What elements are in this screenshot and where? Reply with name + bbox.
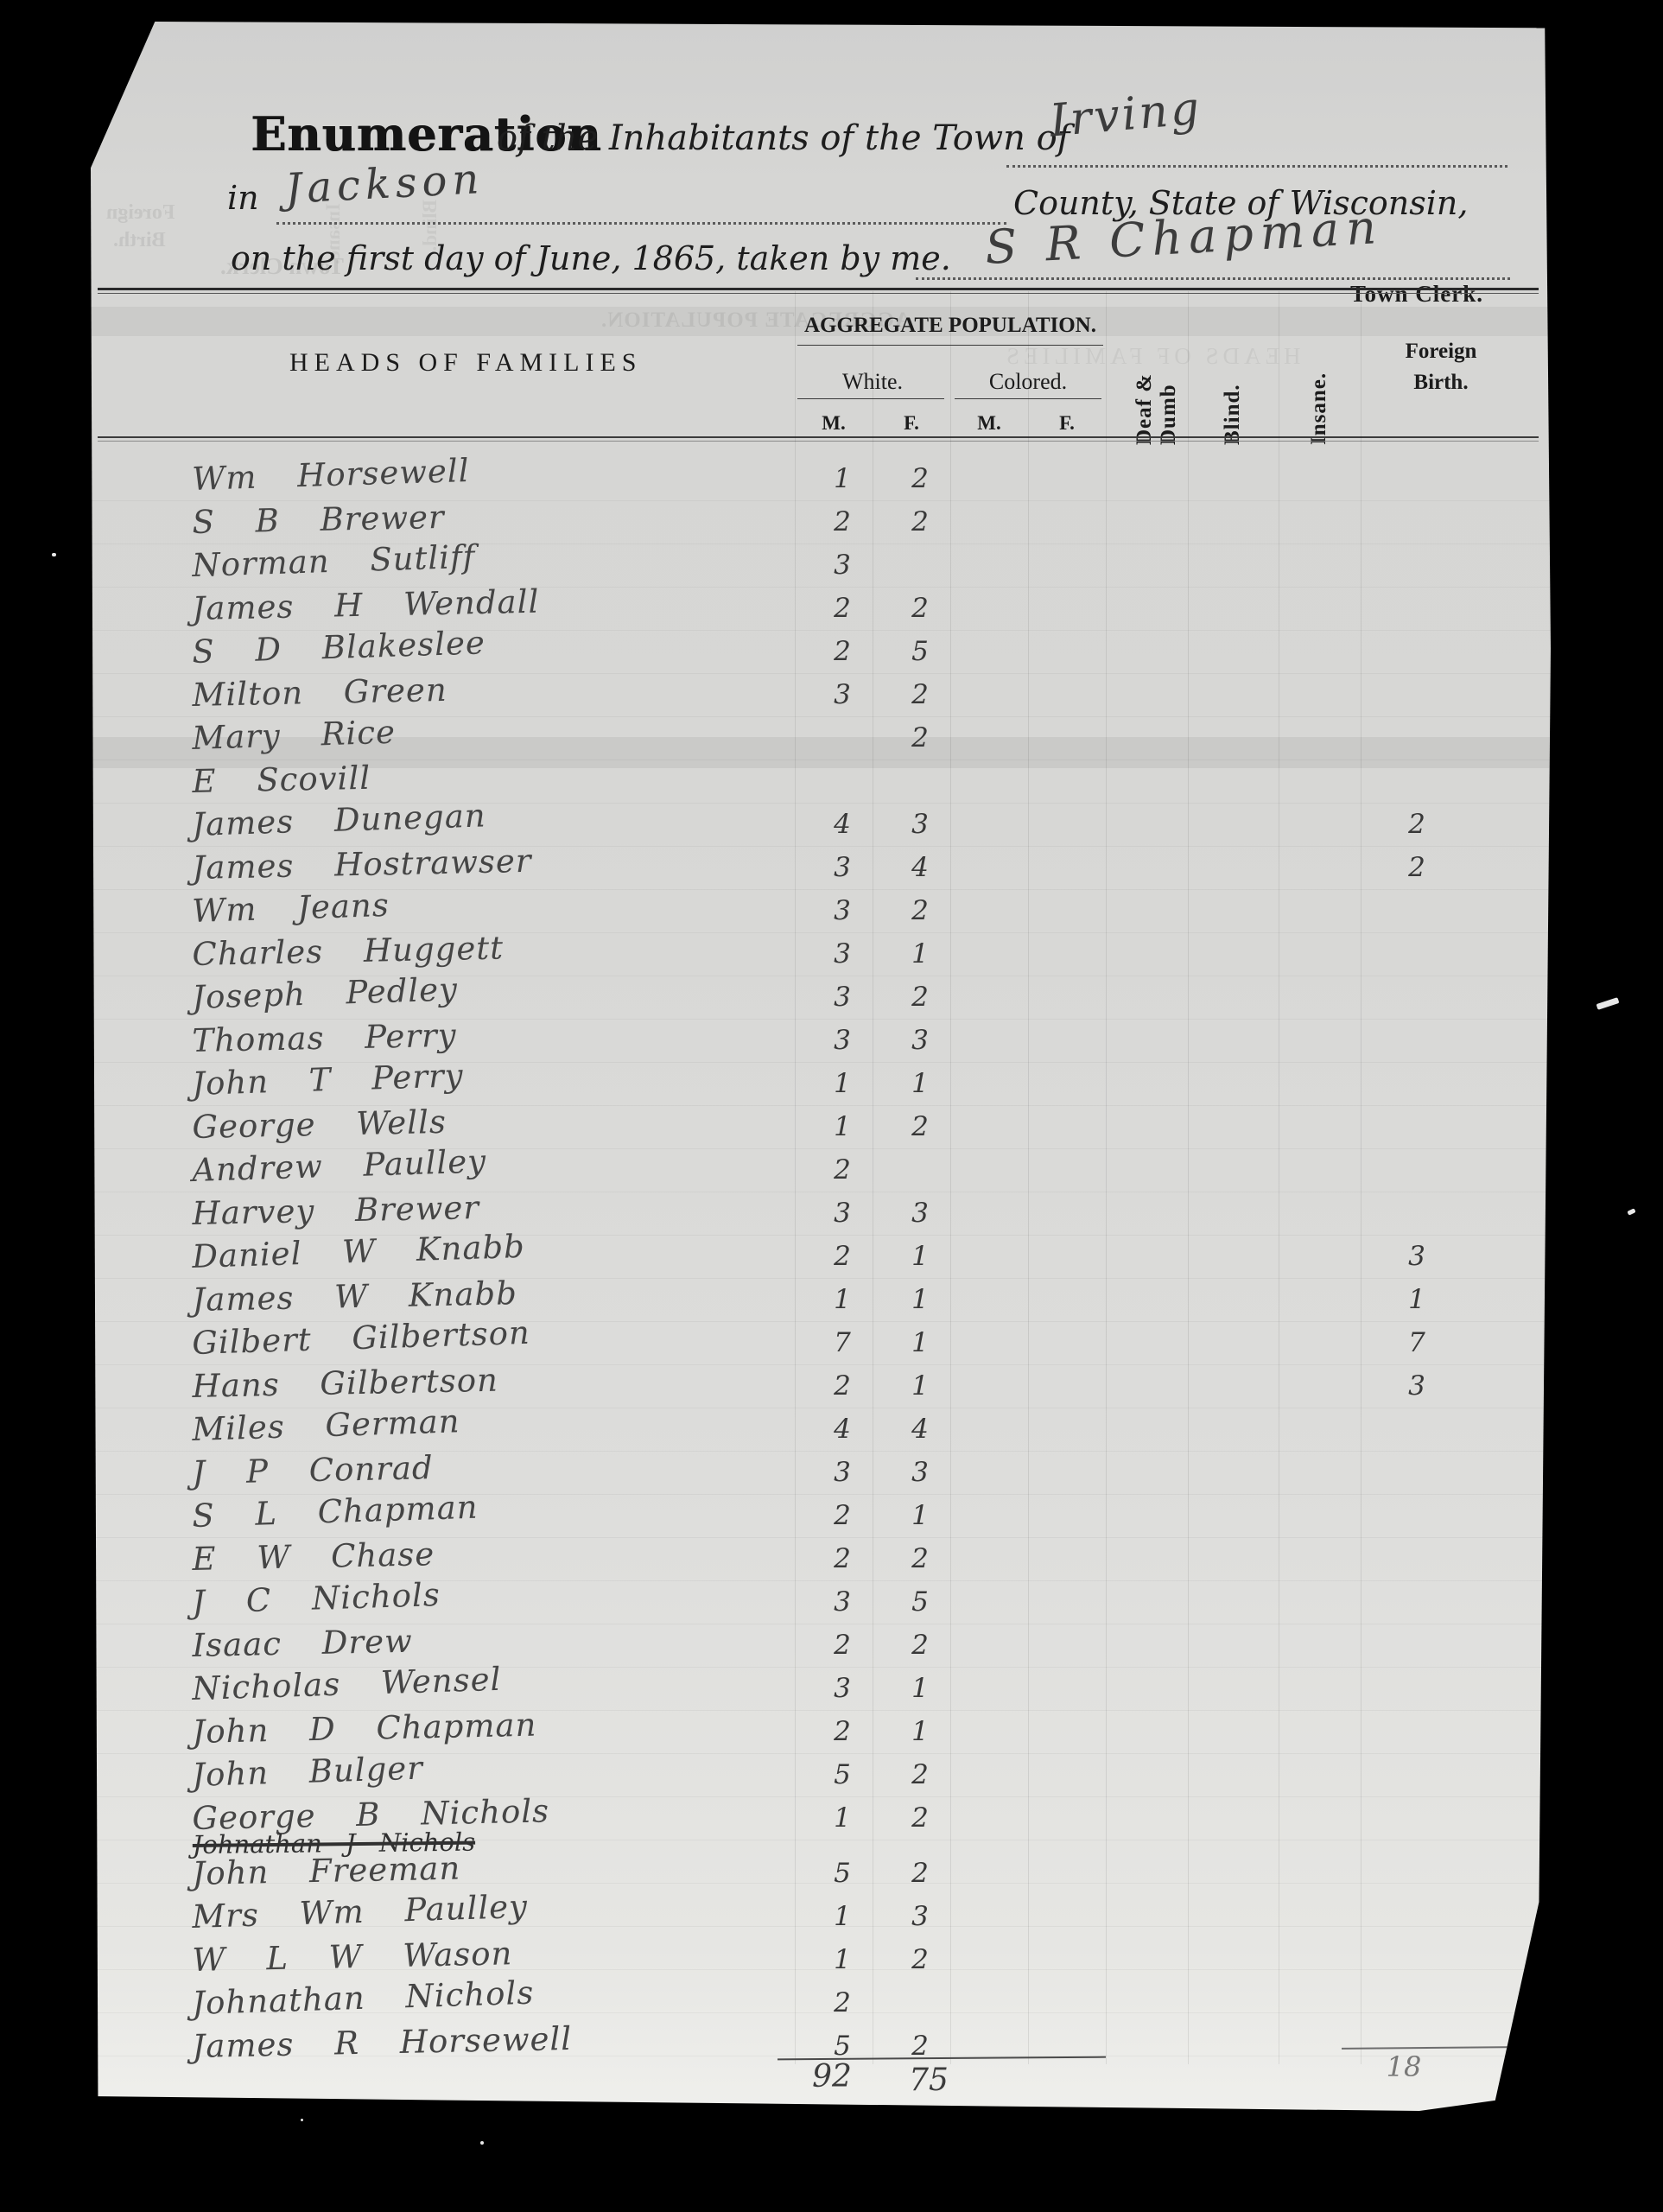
white-female-count: 2 [884,1543,956,1574]
white-male-count: 7 [806,1327,879,1358]
white-female-count: 1 [884,1068,956,1099]
table-row: Nicholas Wensel 3 1 [91,1668,1551,1711]
white-female-count: 1 [884,1673,956,1704]
white-female-count: 2 [884,895,956,926]
foreign-birth-count: 3 [1381,1241,1453,1272]
colored-female-header: F. [1031,412,1103,435]
white-female-count: 5 [884,636,956,667]
head-of-family-name: George Wells [192,1103,447,1146]
white-female-count: 1 [884,1370,956,1402]
colored-male-header: M. [953,412,1025,435]
white-female-header: F. [875,412,948,435]
white-female-count: 5 [884,1586,956,1618]
head-of-family-name: Daniel W Knabb [192,1228,526,1275]
white-male-count: 2 [806,1500,879,1531]
total-white-female: 75 [885,2063,972,2098]
head-of-family-name: John T Perry [192,1057,465,1103]
table-row: E Scovill [91,760,1551,804]
foreign-birth-count: 7 [1381,1327,1453,1358]
head-of-family-name: James Dunegan [192,797,487,843]
head-of-family-name: James H Wendall [192,583,540,627]
table-row: Charles Huggett 3 1 [91,933,1551,976]
table-row: Wm Jeans 3 2 [91,890,1551,933]
table-row: John T Perry 1 1 [91,1063,1551,1106]
table-row: S D Blakeslee 2 5 [91,631,1551,674]
white-female-count: 1 [884,1500,956,1531]
white-female-count: 2 [884,593,956,624]
head-of-family-name: E W Chase [192,1535,435,1578]
white-male-count: 3 [806,1025,879,1056]
white-female-count: 2 [884,1111,956,1142]
white-male-count: 2 [806,506,879,537]
white-male-count: 1 [806,1944,879,1975]
white-male-count: 3 [806,1586,879,1618]
head-of-family-name: Nicholas Wensel [192,1661,502,1707]
table-row: Mary Rice 2 [91,717,1551,760]
head-of-family-name: J P Conrad [192,1449,434,1491]
table-row: J P Conrad 3 3 [91,1452,1551,1495]
head-of-family-name: Hans Gilbertson [192,1362,498,1405]
head-of-family-name: Mrs Wm Paulley [192,1888,529,1935]
head-of-family-name: Wm Horsewell [192,452,470,498]
white-male-count: 3 [806,982,879,1013]
in-label: in [227,179,259,217]
bleedthrough-foreign-1: Foreign [106,201,175,225]
white-male-count: 3 [806,1457,879,1488]
white-male-count: 1 [806,1111,879,1142]
white-male-count: 3 [806,550,879,581]
table-row: Mrs Wm Paulley 1 3 [91,1896,1551,1939]
white-female-count: 3 [884,1901,956,1932]
scan-artifact [1596,997,1620,1010]
table-row: James W Knabb 1 1 1 [91,1279,1551,1322]
head-of-family-name: W L W Wason [192,1935,513,1979]
foreign-birth-count: 2 [1381,809,1453,840]
head-of-family-name: Mary Rice [192,714,397,757]
white-male-count: 2 [806,1543,879,1574]
white-male-count: 4 [806,809,879,840]
scan-artifact [480,2141,484,2145]
foreign-birth-count: 2 [1381,852,1453,883]
rows: Wm Horsewell 1 2 S B Brewer 2 2 Norman S… [91,458,1551,2069]
table-row: Johnathan Nichols 2 [91,1982,1551,2025]
head-of-family-name: Isaac Drew [192,1623,413,1664]
white-male-count: 2 [806,593,879,624]
white-male-count: 1 [806,1901,879,1932]
head-of-family-name: E Scovill [192,760,371,800]
table-row: Thomas Perry 3 3 [91,1020,1551,1063]
table-row: Daniel W Knabb 2 1 3 [91,1236,1551,1279]
white-male-count: 2 [806,1154,879,1185]
foreign-birth-count: 3 [1381,1370,1453,1402]
town-clerk-label: Town Clerk. [1350,281,1483,308]
heads-of-families-header: HEADS OF FAMILIES [289,348,642,378]
white-female-count: 1 [884,938,956,969]
table-row: Harvey Brewer 3 3 [91,1192,1551,1236]
deaf-and-dumb-header: Deaf & Dumb [1133,307,1181,445]
table-row: James H Wendall 2 2 [91,588,1551,631]
head-of-family-name: Thomas Perry [192,1017,457,1059]
white-female-count: 2 [884,1858,956,1889]
white-female-count: 3 [884,1457,956,1488]
white-male-count: 1 [806,1802,879,1834]
table-row: John Freeman 5 2 [91,1853,1551,1896]
white-male-count: 2 [806,1987,879,2018]
scan-artifact [1627,1208,1635,1215]
white-female-count: 2 [884,679,956,710]
white-female-count: 2 [884,1802,956,1834]
table-row: Johnathan J Nichols [91,1830,1551,1853]
foreign-birth-header-line2: Birth. [1361,371,1521,395]
table-row: Miles German 4 4 [91,1408,1551,1452]
table-row: Joseph Pedley 3 2 [91,976,1551,1020]
white-male-count: 1 [806,463,879,494]
head-of-family-name: Johnathan J Nichols [193,1827,476,1859]
form-title-rest: of the Inhabitants of the Town of [497,118,1070,158]
bleedthrough-foreign-2: Birth. [113,229,166,252]
white-male-count: 3 [806,1198,879,1229]
table-row: Hans Gilbertson 2 1 3 [91,1365,1551,1408]
white-male-count: 1 [806,1068,879,1099]
white-male-count: 3 [806,679,879,710]
white-male-count: 2 [806,1716,879,1747]
white-female-count: 2 [884,1630,956,1661]
white-male-header: M. [797,412,870,435]
table-row: Wm Horsewell 1 2 [91,458,1551,501]
white-female-count: 4 [884,1414,956,1445]
white-male-count: 2 [806,1630,879,1661]
head-of-family-name: Harvey Brewer [192,1189,479,1232]
white-female-count: 2 [884,722,956,753]
table-row: Isaac Drew 2 2 [91,1624,1551,1668]
date-line: on the first day of June, 1865, taken by… [231,239,951,277]
county-name-handwritten: Jackson [284,155,486,213]
white-male-count: 1 [806,1284,879,1315]
white-male-count: 3 [806,895,879,926]
white-female-count: 3 [884,1198,956,1229]
table-row: S B Brewer 2 2 [91,501,1551,544]
foreign-birth-header-line1: Foreign [1361,340,1521,364]
table-row: Andrew Paulley 2 [91,1149,1551,1192]
white-female-count: 3 [884,1025,956,1056]
head-of-family-name: J C Nichols [192,1576,441,1621]
head-of-family-name: Milton Green [192,671,447,714]
white-male-count: 2 [806,636,879,667]
white-female-count: 2 [884,463,956,494]
scanned-census-page: { "header": { "title_word": "Enumeration… [0,0,1663,2212]
table-row: J C Nichols 3 5 [91,1581,1551,1624]
head-of-family-name: Miles German [192,1402,461,1448]
total-foreign-birth: 18 [1361,2050,1447,2083]
head-of-family-name: John D Chapman [192,1707,537,1751]
head-of-family-name: S L Chapman [192,1489,479,1535]
white-male-count: 3 [806,1673,879,1704]
head-of-family-name: James Hostrawser [192,842,532,887]
head-of-family-name: S D Blakeslee [192,624,486,671]
head-of-family-name: John Bulger [192,1750,424,1794]
town-name-handwritten: Irving [1048,82,1204,147]
white-male-count: 5 [806,1858,879,1889]
table-row: John D Chapman 2 1 [91,1711,1551,1754]
foreign-birth-count: 1 [1381,1284,1453,1315]
head-of-family-name: Norman Sutliff [192,538,476,584]
white-male-count: 4 [806,1414,879,1445]
table-row: W L W Wason 1 2 [91,1939,1551,1982]
white-male-count: 3 [806,852,879,883]
scan-artifact [52,553,56,556]
head-of-family-name: Andrew Paulley [192,1142,487,1189]
white-female-count: 3 [884,809,956,840]
table-row: John Bulger 5 2 [91,1754,1551,1797]
census-form-paper: Town Clerk. AGGREGATE POPULATION. HEADS … [91,22,1551,2111]
table-row: George Wells 1 2 [91,1106,1551,1149]
table-row: Norman Sutliff 3 [91,544,1551,588]
insane-header: Insane. [1307,328,1331,445]
head-of-family-name: Joseph Pedley [192,970,459,1016]
white-female-count: 2 [884,506,956,537]
table-row: Milton Green 3 2 [91,674,1551,717]
table-row: S L Chapman 2 1 [91,1495,1551,1538]
white-male-count: 5 [806,1759,879,1790]
white-male-count: 3 [806,938,879,969]
blind-header: Blind. [1221,333,1245,445]
white-male-count: 2 [806,1370,879,1402]
white-female-count: 2 [884,1944,956,1975]
total-white-male: 92 [789,2059,875,2094]
table-row: James Dunegan 4 3 2 [91,804,1551,847]
table-row: Gilbert Gilbertson 7 1 7 [91,1322,1551,1365]
white-female-count: 1 [884,1716,956,1747]
white-female-count: 1 [884,1284,956,1315]
head-of-family-name: James R Horsewell [192,2020,572,2065]
white-female-count: 2 [884,1759,956,1790]
white-female-count: 1 [884,1327,956,1358]
scan-artifact [301,2119,303,2121]
head-of-family-name: Wm Jeans [192,887,390,930]
white-female-count: 2 [884,982,956,1013]
head-of-family-name: S B Brewer [192,499,445,541]
table-row: James Hostrawser 3 4 2 [91,847,1551,890]
table-row: E W Chase 2 2 [91,1538,1551,1581]
white-female-count: 4 [884,852,956,883]
white-female-count: 1 [884,1241,956,1272]
head-of-family-name: James W Knabb [192,1274,517,1319]
white-male-count: 2 [806,1241,879,1272]
head-of-family-name: Charles Huggett [192,929,504,973]
